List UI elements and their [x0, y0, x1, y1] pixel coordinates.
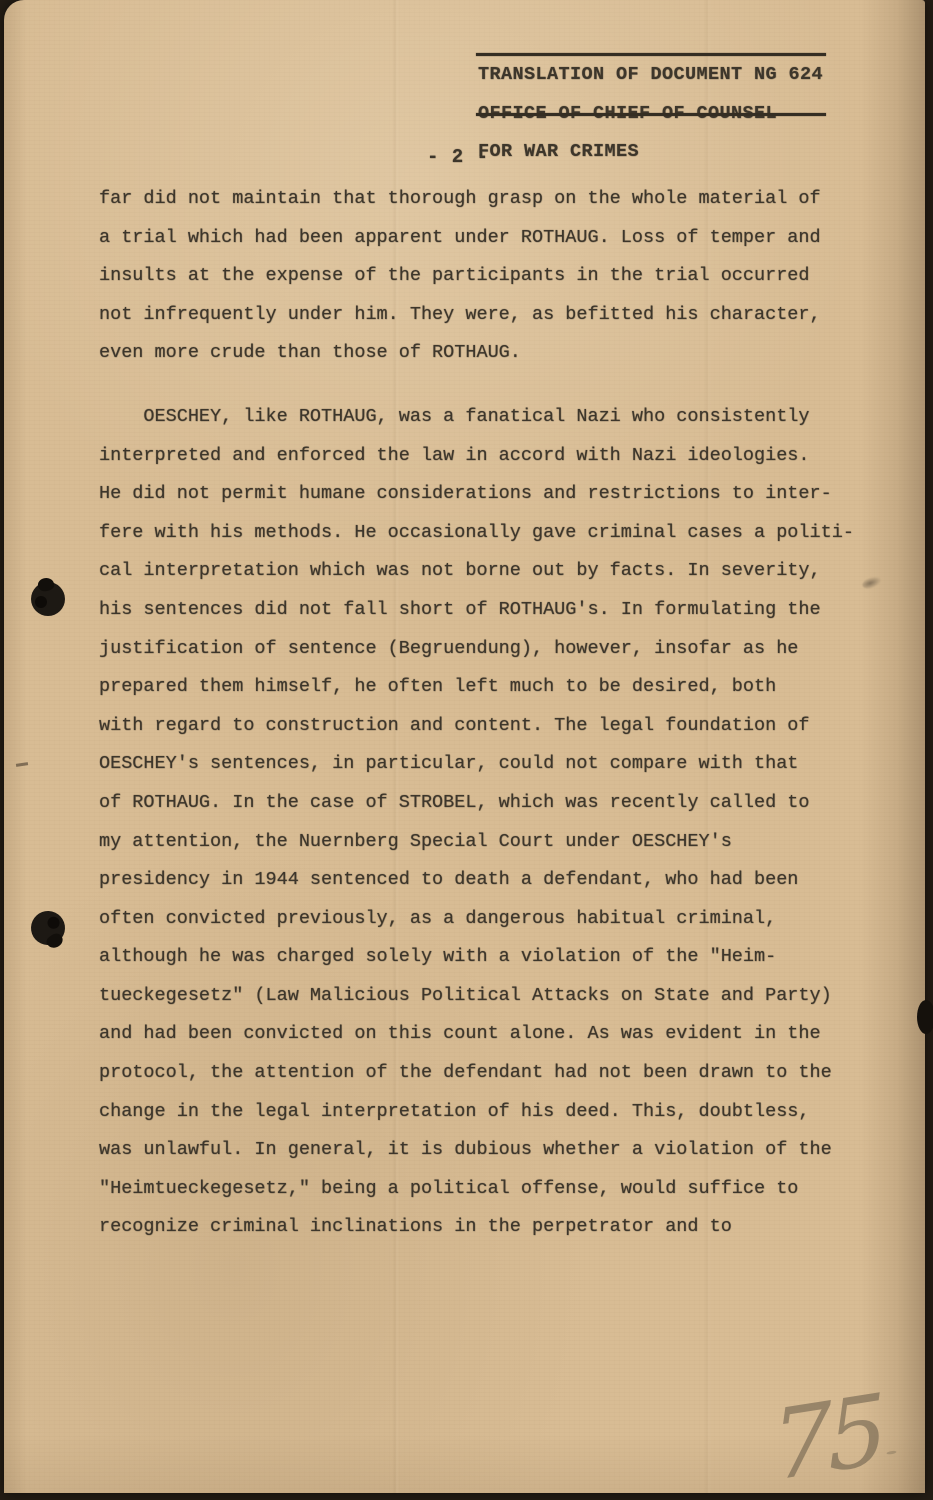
- text-line: was unlawful. In general, it is dubious …: [99, 1131, 899, 1170]
- text-line: cal interpretation which was not borne o…: [99, 552, 899, 591]
- text-line: prepared them himself, he often left muc…: [99, 668, 899, 707]
- text-line: "Heimtueckegesetz," being a political of…: [99, 1170, 899, 1209]
- text-line: not infrequently under him. They were, a…: [99, 296, 899, 335]
- page-number: - 2 -: [427, 146, 489, 168]
- text-line: his sentences did not fall short of ROTH…: [99, 591, 899, 630]
- text-line: even more crude than those of ROTHAUG.: [99, 334, 899, 373]
- page-edge-notch: [917, 1000, 933, 1034]
- document-page: TRANSLATION OF DOCUMENT NG 624OFFICE OF …: [4, 0, 925, 1493]
- text-line: insults at the expense of the participan…: [99, 257, 899, 296]
- text-line: far did not maintain that thorough grasp…: [99, 180, 899, 219]
- text-line: my attention, the Nuernberg Special Cour…: [99, 823, 899, 862]
- handwritten-page-number: 75: [770, 1373, 885, 1500]
- text-line: of ROTHAUG. In the case of STROBEL, whic…: [99, 784, 899, 823]
- paragraph-1: far did not maintain that thorough grasp…: [99, 180, 899, 373]
- text-line: interpreted and enforced the law in acco…: [99, 437, 899, 476]
- text-line: TRANSLATION OF DOCUMENT NG 624: [478, 56, 823, 95]
- paragraph-2: OESCHEY, like ROTHAUG, was a fanatical N…: [99, 398, 899, 1247]
- text-line: FOR WAR CRIMES: [478, 133, 823, 172]
- edge-mark: [16, 762, 28, 767]
- text-line: often convicted previously, as a dangero…: [99, 900, 899, 939]
- text-line: He did not permit humane considerations …: [99, 475, 899, 514]
- text-line: presidency in 1944 sentenced to death a …: [99, 861, 899, 900]
- text-line: tueckegesetz" (Law Malicious Political A…: [99, 977, 899, 1016]
- scanned-document: TRANSLATION OF DOCUMENT NG 624OFFICE OF …: [0, 0, 933, 1500]
- text-line: although he was charged solely with a vi…: [99, 938, 899, 977]
- text-line: OESCHEY's sentences, in particular, coul…: [99, 745, 899, 784]
- text-line: change in the legal interpretation of hi…: [99, 1093, 899, 1132]
- text-line: fere with his methods. He occasionally g…: [99, 514, 899, 553]
- hole-punch: [31, 582, 65, 616]
- text-line: with regard to construction and content.…: [99, 707, 899, 746]
- text-line: recognize criminal inclinations in the p…: [99, 1208, 899, 1247]
- text-line: a trial which had been apparent under RO…: [99, 219, 899, 258]
- text-line: justification of sentence (Begruendung),…: [99, 630, 899, 669]
- text-line: OESCHEY, like ROTHAUG, was a fanatical N…: [99, 398, 899, 437]
- stamp-rule-bottom: [476, 113, 826, 116]
- text-line: protocol, the attention of the defendant…: [99, 1054, 899, 1093]
- text-line: and had been convicted on this count alo…: [99, 1015, 899, 1054]
- document-body: far did not maintain that thorough grasp…: [99, 180, 899, 1247]
